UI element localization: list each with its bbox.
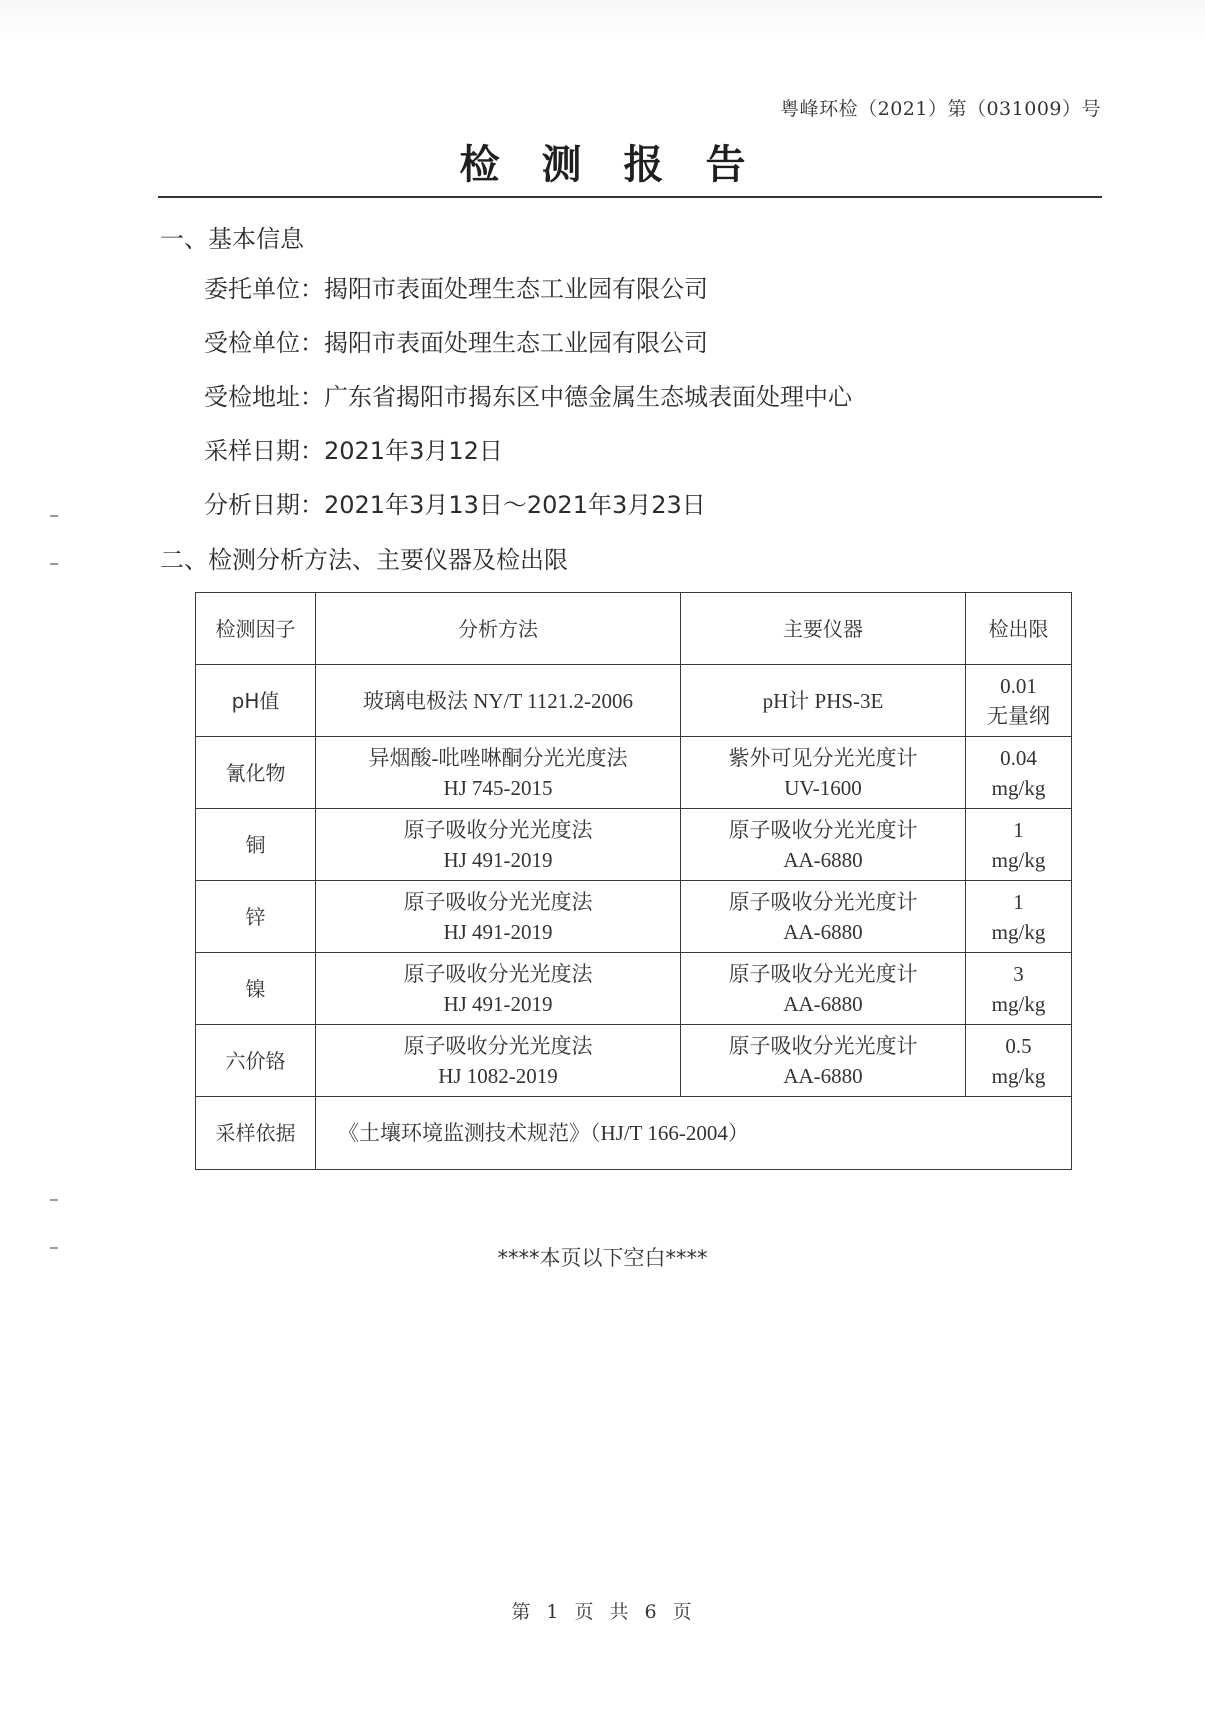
instrument-line: 原子吸收分光光度计 <box>685 887 961 917</box>
info-label: 采样日期： <box>204 437 324 465</box>
info-label: 受检单位： <box>204 329 324 357</box>
report-page: 粤峰环检（2021）第（031009）号 检测报告 一、基本信息 委托单位：揭阳… <box>0 0 1205 1715</box>
table-header-row: 检测因子 分析方法 主要仪器 检出限 <box>196 593 1072 665</box>
method-line: 异烟酸-吡唑啉酮分光光度法 <box>320 743 676 773</box>
limit-unit: mg/kg <box>970 917 1067 947</box>
sampling-basis-row: 采样依据 《土壤环境监测技术规范》（HJ/T 166-2004） <box>196 1097 1072 1170</box>
limit-cell: 1 mg/kg <box>966 809 1072 881</box>
table-row: 铜 原子吸收分光光度法 HJ 491-2019 原子吸收分光光度计 AA-688… <box>196 809 1072 881</box>
column-header-method: 分析方法 <box>316 593 681 665</box>
limit-unit: mg/kg <box>970 1061 1067 1091</box>
method-standard: HJ 1082-2019 <box>320 1061 676 1091</box>
page-title: 检测报告 <box>0 140 1205 190</box>
method-line: 原子吸收分光光度法 <box>320 887 676 917</box>
method-cell: 原子吸收分光光度法 HJ 491-2019 <box>316 953 681 1025</box>
sampling-basis-label: 采样依据 <box>196 1097 316 1170</box>
factor-cell: 锌 <box>196 881 316 953</box>
limit-cell: 1 mg/kg <box>966 881 1072 953</box>
method-line: 原子吸收分光光度法 <box>320 1031 676 1061</box>
instrument-model: AA-6880 <box>685 845 961 875</box>
instrument-line: 原子吸收分光光度计 <box>685 815 961 845</box>
info-row-client: 委托单位：揭阳市表面处理生态工业园有限公司 <box>204 269 708 304</box>
info-row-address: 受检地址：广东省揭阳市揭东区中德金属生态城表面处理中心 <box>204 377 852 412</box>
info-value: 广东省揭阳市揭东区中德金属生态城表面处理中心 <box>324 383 852 411</box>
scan-margin-mark <box>50 563 58 565</box>
method-cell: 异烟酸-吡唑啉酮分光光度法 HJ 745-2015 <box>316 737 681 809</box>
column-header-instrument: 主要仪器 <box>681 593 966 665</box>
instrument-cell: 原子吸收分光光度计 AA-6880 <box>681 953 966 1025</box>
limit-value: 1 <box>970 887 1067 917</box>
instrument-line: 紫外可见分光光度计 <box>685 743 961 773</box>
limit-cell: 0.04 mg/kg <box>966 737 1072 809</box>
scan-margin-mark <box>50 1199 58 1201</box>
limit-value: 0.01 <box>970 671 1067 701</box>
method-cell: 玻璃电极法 NY/T 1121.2-2006 <box>316 665 681 737</box>
method-cell: 原子吸收分光光度法 HJ 491-2019 <box>316 809 681 881</box>
limit-value: 0.04 <box>970 743 1067 773</box>
limit-unit: 无量纲 <box>970 701 1067 731</box>
instrument-cell: 原子吸收分光光度计 AA-6880 <box>681 809 966 881</box>
limit-cell: 0.5 mg/kg <box>966 1025 1072 1097</box>
limit-cell: 3 mg/kg <box>966 953 1072 1025</box>
method-standard: HJ 491-2019 <box>320 845 676 875</box>
scan-margin-mark <box>50 515 58 517</box>
info-row-inspected-unit: 受检单位：揭阳市表面处理生态工业园有限公司 <box>204 323 708 358</box>
method-standard: HJ 491-2019 <box>320 917 676 947</box>
info-label: 委托单位： <box>204 275 324 303</box>
scan-margin-mark <box>50 1247 58 1249</box>
info-value: 揭阳市表面处理生态工业园有限公司 <box>324 275 708 303</box>
info-row-sampling-date: 采样日期：2021年3月12日 <box>204 431 503 466</box>
instrument-line: 原子吸收分光光度计 <box>685 1031 961 1061</box>
title-divider <box>158 196 1102 198</box>
section-methods-heading: 二、检测分析方法、主要仪器及检出限 <box>160 540 568 575</box>
table-row: 六价铬 原子吸收分光光度法 HJ 1082-2019 原子吸收分光光度计 AA-… <box>196 1025 1072 1097</box>
method-standard: HJ 745-2015 <box>320 773 676 803</box>
instrument-line: pH计 PHS-3E <box>685 686 961 716</box>
report-number: 粤峰环检（2021）第（031009）号 <box>780 94 1101 121</box>
method-line: 原子吸收分光光度法 <box>320 959 676 989</box>
method-standard: HJ 491-2019 <box>320 989 676 1019</box>
instrument-model: AA-6880 <box>685 1061 961 1091</box>
method-line: 原子吸收分光光度法 <box>320 815 676 845</box>
table-row: 镍 原子吸收分光光度法 HJ 491-2019 原子吸收分光光度计 AA-688… <box>196 953 1072 1025</box>
instrument-model: UV-1600 <box>685 773 961 803</box>
limit-unit: mg/kg <box>970 773 1067 803</box>
info-value: 揭阳市表面处理生态工业园有限公司 <box>324 329 708 357</box>
methods-table: 检测因子 分析方法 主要仪器 检出限 pH值 玻璃电极法 NY/T 1121.2… <box>195 592 1072 1170</box>
limit-value: 3 <box>970 959 1067 989</box>
table-row: pH值 玻璃电极法 NY/T 1121.2-2006 pH计 PHS-3E 0.… <box>196 665 1072 737</box>
column-header-limit: 检出限 <box>966 593 1072 665</box>
instrument-cell: pH计 PHS-3E <box>681 665 966 737</box>
instrument-line: 原子吸收分光光度计 <box>685 959 961 989</box>
method-line: 玻璃电极法 NY/T 1121.2-2006 <box>320 686 676 716</box>
info-label: 受检地址： <box>204 383 324 411</box>
instrument-cell: 紫外可见分光光度计 UV-1600 <box>681 737 966 809</box>
info-value: 2021年3月12日 <box>324 437 503 465</box>
instrument-model: AA-6880 <box>685 917 961 947</box>
blank-below-marker: ****本页以下空白**** <box>0 1242 1205 1272</box>
factor-cell: 铜 <box>196 809 316 881</box>
limit-value: 1 <box>970 815 1067 845</box>
limit-unit: mg/kg <box>970 989 1067 1019</box>
instrument-cell: 原子吸收分光光度计 AA-6880 <box>681 1025 966 1097</box>
factor-cell: pH值 <box>196 665 316 737</box>
info-value: 2021年3月13日～2021年3月23日 <box>324 491 706 519</box>
column-header-factor: 检测因子 <box>196 593 316 665</box>
sampling-basis-value: 《土壤环境监测技术规范》（HJ/T 166-2004） <box>316 1097 1072 1170</box>
info-row-analysis-date: 分析日期：2021年3月13日～2021年3月23日 <box>204 485 706 520</box>
factor-cell: 六价铬 <box>196 1025 316 1097</box>
method-cell: 原子吸收分光光度法 HJ 1082-2019 <box>316 1025 681 1097</box>
method-cell: 原子吸收分光光度法 HJ 491-2019 <box>316 881 681 953</box>
limit-value: 0.5 <box>970 1031 1067 1061</box>
factor-cell: 氰化物 <box>196 737 316 809</box>
table-row: 氰化物 异烟酸-吡唑啉酮分光光度法 HJ 745-2015 紫外可见分光光度计 … <box>196 737 1072 809</box>
page-number: 第 1 页 共 6 页 <box>0 1597 1205 1624</box>
limit-unit: mg/kg <box>970 845 1067 875</box>
section-basic-info-heading: 一、基本信息 <box>160 219 304 254</box>
table-row: 锌 原子吸收分光光度法 HJ 491-2019 原子吸收分光光度计 AA-688… <box>196 881 1072 953</box>
instrument-model: AA-6880 <box>685 989 961 1019</box>
factor-cell: 镍 <box>196 953 316 1025</box>
limit-cell: 0.01 无量纲 <box>966 665 1072 737</box>
info-label: 分析日期： <box>204 491 324 519</box>
instrument-cell: 原子吸收分光光度计 AA-6880 <box>681 881 966 953</box>
